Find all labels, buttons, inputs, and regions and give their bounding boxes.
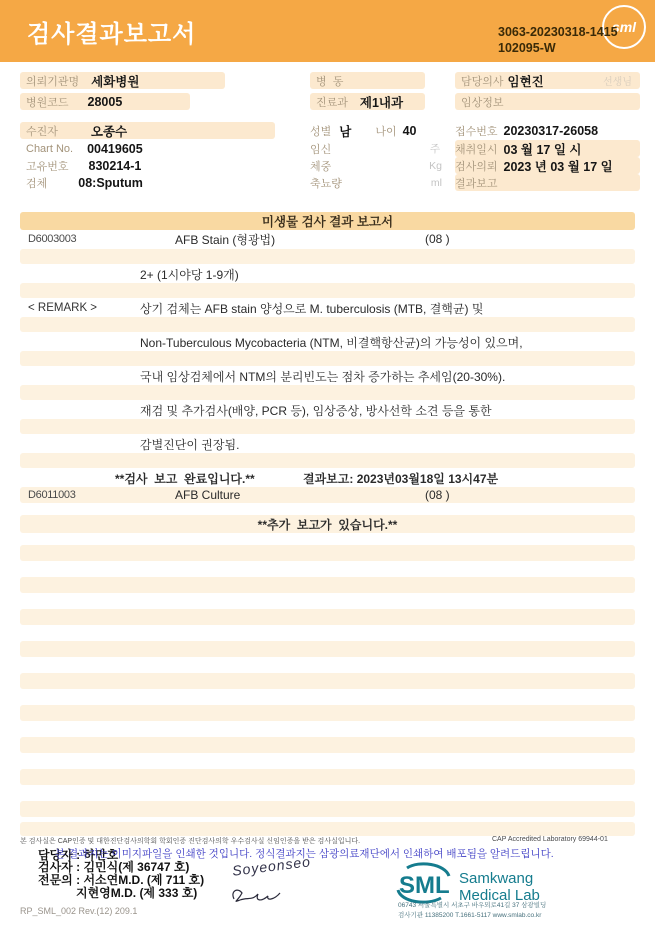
additional-report-row: **추가 보고가 있습니다.** (20, 515, 635, 533)
lab-contact: 검사기관 11385200 T.1661-5117 www.smlab.co.k… (398, 910, 541, 919)
reported-datetime: 결과보고: 2023년03월18일 13시47분 (303, 470, 498, 487)
empty-row (20, 737, 635, 753)
remark-text: 감별진단이 권장됨. (140, 436, 239, 453)
field-receipt: 접수번호 20230317-26058 (455, 122, 640, 139)
field-pregnancy-unit: 주 (430, 141, 450, 156)
field-weight-label: 체중 (310, 158, 331, 174)
field-org: 의뢰기관명 세화병원 (20, 72, 225, 89)
accreditation-text: 본 검사실은 CAP인증 및 대한진단검사의학회 학회인증 진단검사의학 우수검… (20, 836, 360, 846)
empty-row (20, 385, 635, 400)
remark-text: Non-Tuberculous Mycobacteria (NTM, 비결핵항산… (140, 334, 523, 351)
header-bar: 검사결과보고서 3063-20230318-1415 102095-W sml (0, 0, 655, 62)
field-sex-label: 성별 (310, 123, 331, 139)
test-row: D6003003 AFB Stain (형광법) (08 ) (20, 231, 635, 247)
field-report-date-label: 결과보고 (455, 175, 498, 191)
field-specimen-label: 검체 (20, 175, 47, 191)
empty-row (20, 609, 635, 625)
field-uid-label: 고유번호 (20, 158, 69, 174)
test-code: D6003003 (28, 233, 76, 245)
test-ref: (08 ) (425, 488, 450, 502)
field-request: 검사의뢰 2023 년 03 월 17 일 (455, 157, 640, 174)
empty-row (20, 453, 635, 468)
field-age-label: 나이 (369, 123, 396, 139)
remark-row: 국내 임상검체에서 NTM의 분리빈도는 점차 증가하는 추세임(20-30%)… (20, 368, 635, 384)
field-pregnancy: 임신 주 (310, 140, 450, 157)
field-weight-unit: Kg (429, 160, 450, 172)
field-collect-value: 03 월 17 일 시 (504, 140, 582, 158)
field-sex-age: 성별 남 나이 40 (310, 122, 450, 139)
test-name: AFB Culture (175, 488, 240, 502)
field-specimen-value: 08:Sputum (78, 176, 143, 190)
field-org-label: 의뢰기관명 (20, 73, 79, 89)
empty-row (20, 249, 635, 264)
field-request-value: 2023 년 03 월 17 일 (504, 157, 613, 175)
test-ref: (08 ) (425, 232, 450, 246)
additional-report-text: **추가 보고가 있습니다.** (258, 516, 398, 533)
field-specimen: 검체 08:Sputum (20, 174, 275, 191)
field-pregnancy-label: 임신 (310, 141, 331, 157)
test-name: AFB Stain (형광법) (175, 231, 275, 248)
lab-address: 06743 서울특별시 서초구 바우뫼로41길 37 삼광빌딩 (398, 900, 546, 909)
lab-name-line1: Samkwang (459, 870, 540, 887)
empty-row (20, 705, 635, 721)
field-dept-label: 진료과 (310, 94, 348, 110)
field-urine-unit: ml (431, 177, 450, 189)
report-number-line2: 102095-W (498, 41, 618, 57)
signature-scribble-icon (228, 885, 286, 910)
field-hospital-code-label: 병원코드 (20, 94, 69, 110)
remark-text: 상기 검체는 AFB stain 양성으로 M. tuberculosis (M… (140, 300, 483, 317)
field-receipt-value: 20230317-26058 (504, 124, 599, 138)
empty-row (20, 673, 635, 689)
document-code: RP_SML_002 Rev.(12) 209.1 (20, 906, 137, 916)
field-chart-no-value: 00419605 (87, 142, 143, 156)
remark-row: < REMARK > 상기 검체는 AFB stain 양성으로 M. tube… (20, 300, 635, 316)
field-doctor-label: 담당의사 (455, 73, 504, 89)
empty-row (20, 351, 635, 366)
svg-text:SML: SML (399, 872, 450, 899)
remark-row: 감별진단이 권장됨. (20, 436, 635, 452)
field-patient-name: 수진자 오종수 (20, 122, 275, 139)
report-number-line1: 3063-20230318-1415 (498, 25, 618, 41)
field-chart-no: Chart No. 00419605 (20, 140, 275, 157)
remark-label: < REMARK > (28, 302, 97, 314)
field-weight: 체중 Kg (310, 157, 450, 174)
field-patient-name-value: 오종수 (91, 122, 127, 140)
section-title: 미생물 검사 결과 보고서 (20, 212, 635, 230)
field-doctor: 담당의사 임현진 선생님 (455, 72, 640, 89)
empty-row (20, 545, 635, 561)
field-clinical-label: 임상정보 (455, 94, 504, 110)
print-notice: 본 결과지는 이미지파일을 인쇄한 것입니다. 정식결과지는 삼광의료재단에서 … (55, 846, 554, 861)
field-report-date: 결과보고 (455, 174, 640, 191)
test-row: D6011003 AFB Culture (08 ) (20, 487, 635, 503)
empty-row (20, 822, 635, 836)
empty-row (20, 801, 635, 817)
lab-report-page: 검사결과보고서 3063-20230318-1415 102095-W sml … (0, 0, 655, 925)
field-dept-value: 제1내과 (360, 93, 403, 111)
field-uid-value: 830214-1 (89, 159, 142, 173)
field-uid: 고유번호 830214-1 (20, 157, 275, 174)
report-number: 3063-20230318-1415 102095-W (498, 25, 618, 56)
field-hospital-code-value: 28005 (88, 95, 123, 109)
remark-text: 재검 및 추가검사(배양, PCR 등), 임상증상, 방사선학 소견 등을 통… (140, 402, 492, 419)
empty-row (20, 317, 635, 332)
field-chart-no-label: Chart No. (20, 143, 73, 155)
field-doctor-suffix: 선생님 (603, 73, 640, 88)
result-value: 2+ (1시야당 1-9개) (140, 266, 239, 283)
field-request-label: 검사의뢰 (455, 158, 498, 174)
field-hospital-code: 병원코드 28005 (20, 93, 190, 110)
field-collect-label: 채취일시 (455, 141, 498, 157)
field-ward: 병 동 (310, 72, 425, 89)
completion-row: **검사 보고 완료입니다.** 결과보고: 2023년03월18일 13시47… (20, 470, 635, 486)
empty-row (20, 419, 635, 434)
completion-text: **검사 보고 완료입니다.** (115, 470, 255, 487)
field-urine: 축뇨량 ml (310, 174, 450, 191)
empty-row (20, 283, 635, 298)
field-sex-value: 남 (339, 122, 351, 140)
page-title: 검사결과보고서 (27, 14, 196, 49)
remark-row: 재검 및 추가검사(배양, PCR 등), 임상증상, 방사선학 소견 등을 통… (20, 402, 635, 418)
field-clinical: 임상정보 (455, 93, 640, 110)
field-dept: 진료과 제1내과 (310, 93, 425, 110)
field-age-value: 40 (403, 124, 417, 138)
test-code: D6011003 (28, 489, 76, 501)
field-collect: 채취일시 03 월 17 일 시 (455, 140, 640, 157)
result-row: 2+ (1시야당 1-9개) (20, 266, 635, 282)
empty-row (20, 577, 635, 593)
empty-row (20, 769, 635, 785)
remark-text: 국내 임상검체에서 NTM의 분리빈도는 점차 증가하는 추세임(20-30%)… (140, 368, 505, 385)
remark-row: Non-Tuberculous Mycobacteria (NTM, 비결핵항산… (20, 334, 635, 350)
field-ward-label: 병 동 (310, 73, 343, 89)
field-doctor-value: 임현진 (508, 72, 544, 90)
specialist-line2: 지현영M.D. (제 333 호) (76, 884, 197, 901)
field-patient-name-label: 수진자 (20, 123, 58, 139)
field-receipt-label: 접수번호 (455, 123, 498, 139)
empty-row (20, 641, 635, 657)
cap-accreditation-text: CAP Accredited Laboratory 69944-01 (492, 836, 608, 843)
field-urine-label: 축뇨량 (310, 175, 342, 191)
field-org-value: 세화병원 (91, 72, 139, 90)
